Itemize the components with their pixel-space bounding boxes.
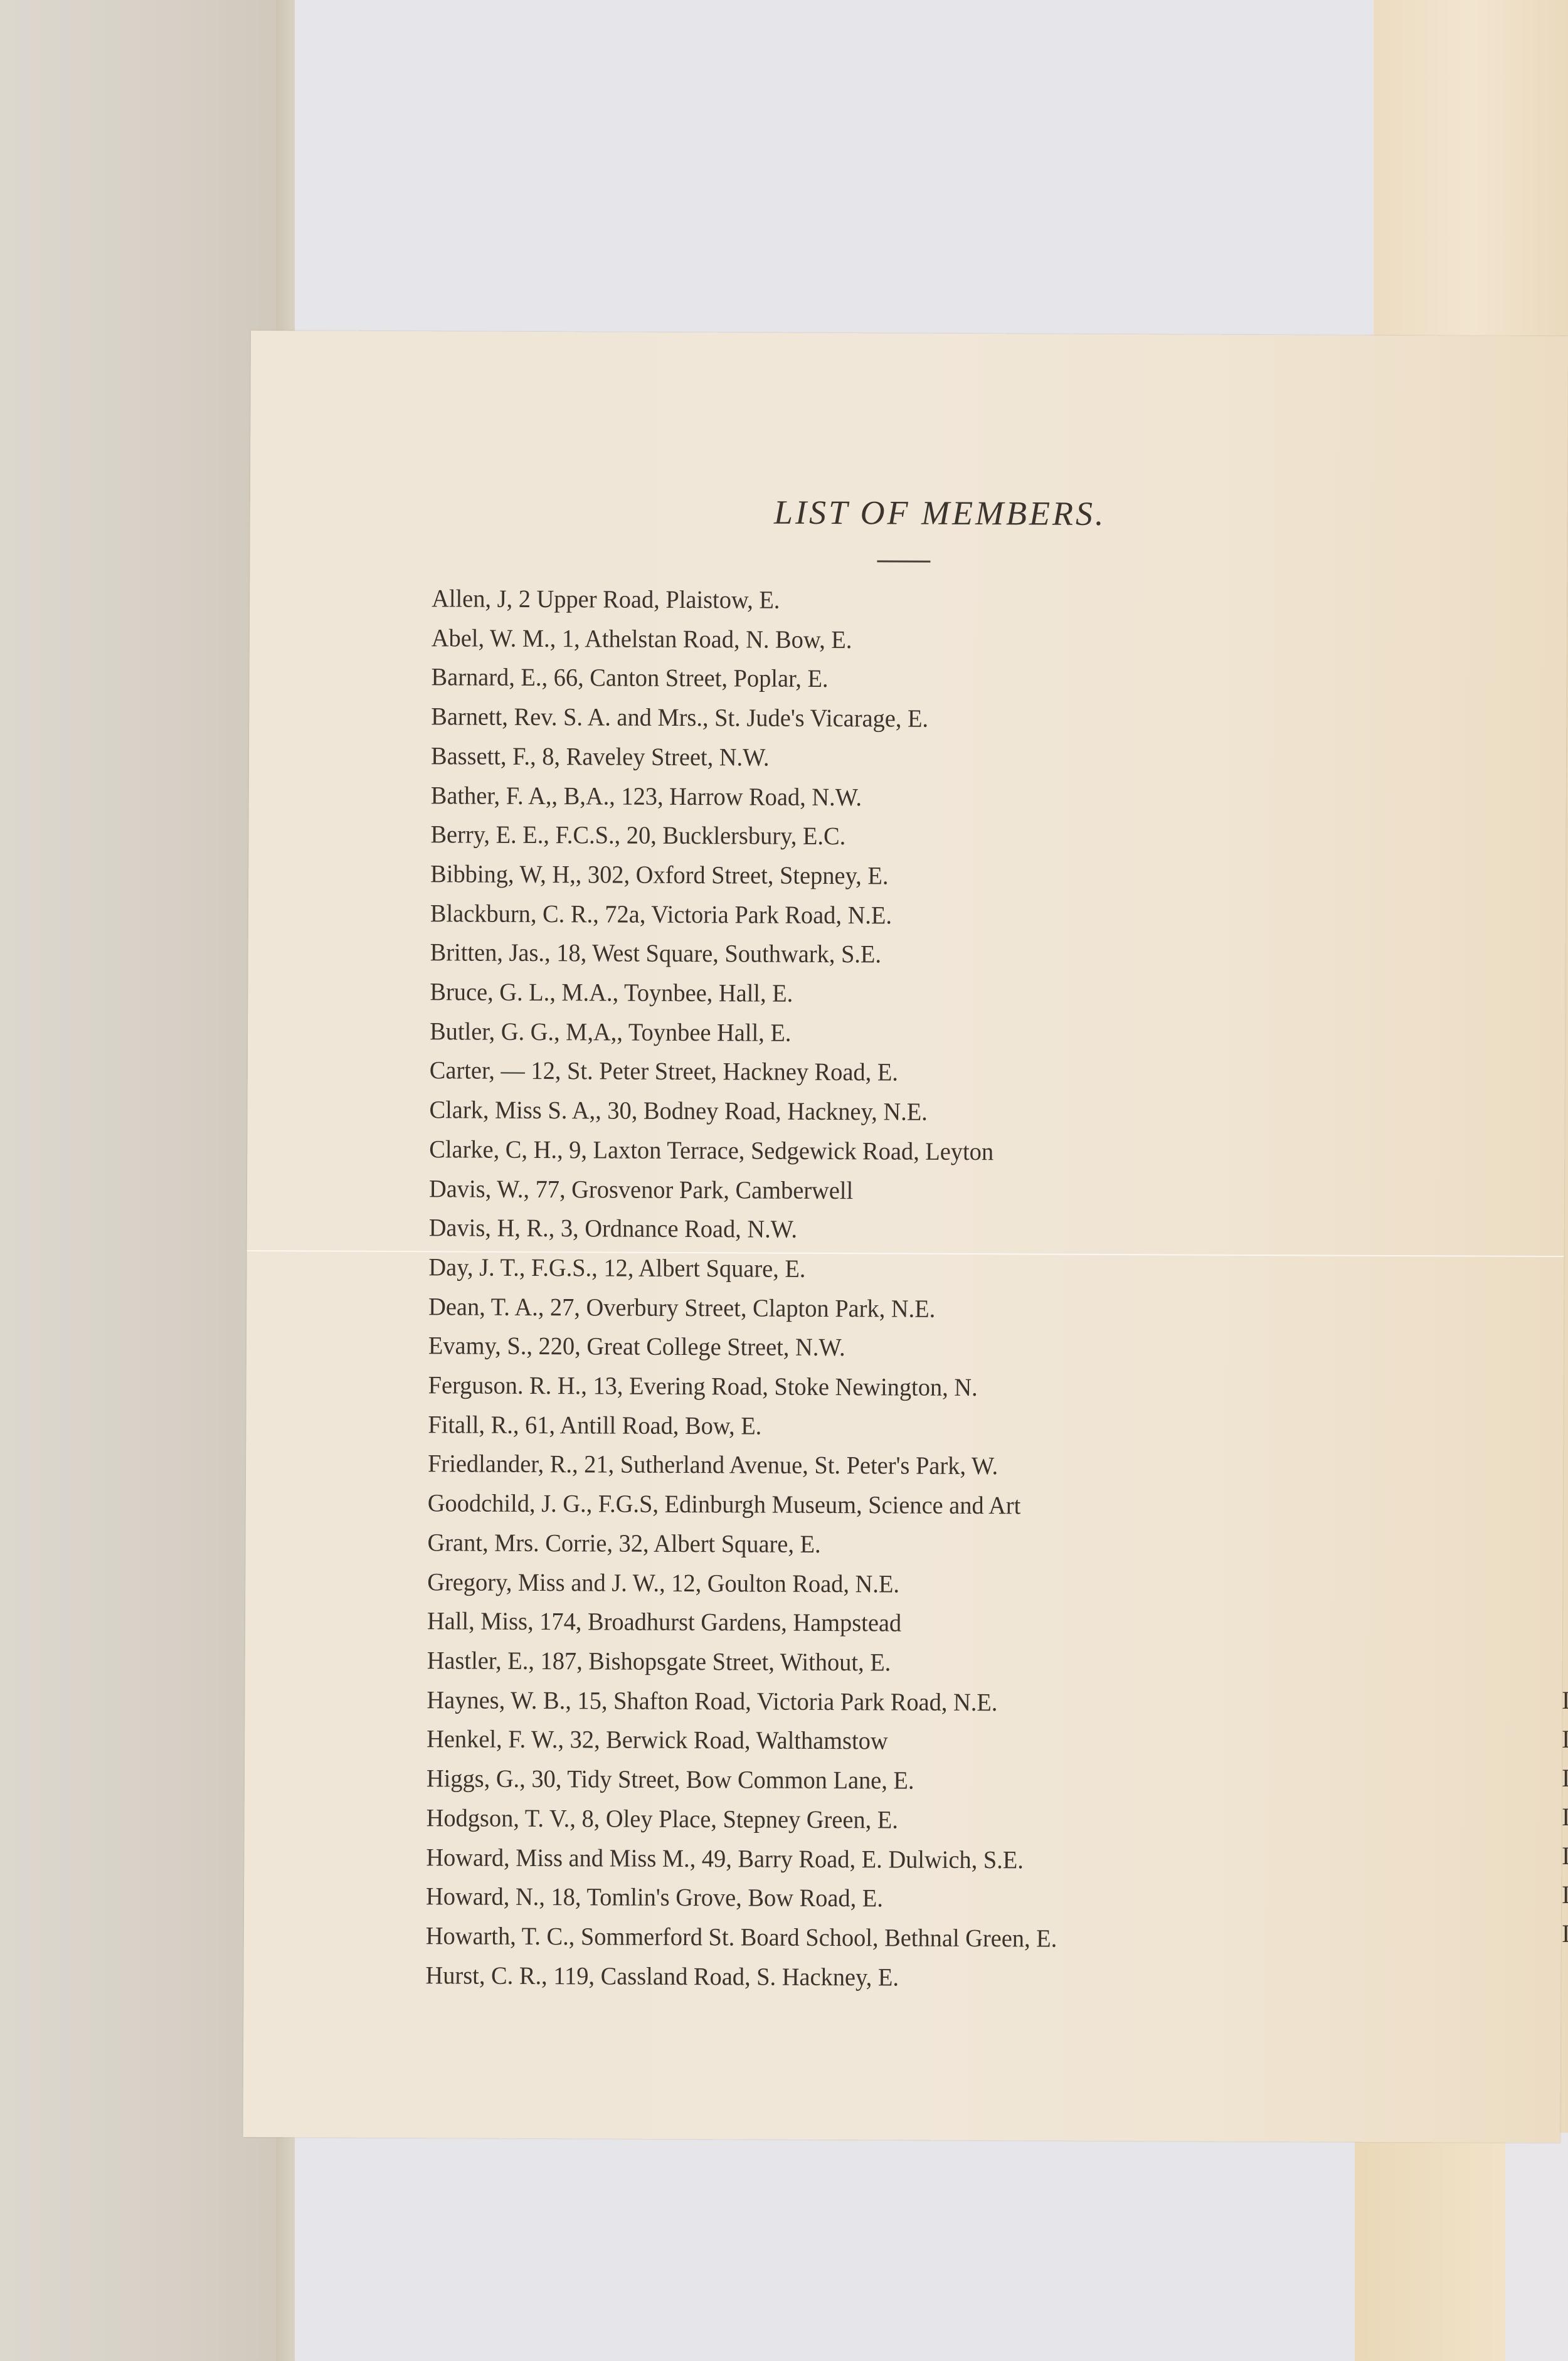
member-entry: Howard, N., 18, Tomlin's Grove, Bow Road…: [426, 1877, 1057, 1919]
member-entry: Davis, W., 77, Grosvenor Park, Camberwel…: [429, 1169, 1061, 1211]
members-list: Allen, J, 2 Upper Road, Plaistow, E. Abe…: [425, 579, 1089, 1998]
margin-letter: I: [1562, 1798, 1568, 1837]
right-sheet-margin-letters: I I I I I I I: [1562, 1681, 1568, 1953]
member-entry: Davis, H, R., 3, Ordnance Road, N.W.: [429, 1209, 1061, 1251]
left-tissue-sheet: [0, 0, 285, 2361]
member-entry: Haynes, W. B., 15, Shafton Road, Victori…: [426, 1680, 1058, 1722]
member-entry: Abel, W. M., 1, Athelstan Road, N. Bow, …: [432, 618, 1063, 661]
member-entry: Henkel, F. W., 32, Berwick Road, Waltham…: [426, 1720, 1058, 1762]
right-backing-strip: [1505, 2133, 1568, 2361]
member-entry: Clarke, C, H., 9, Laxton Terrace, Sedgew…: [429, 1130, 1061, 1172]
member-entry: Britten, Jas., 18, West Square, Southwar…: [430, 933, 1062, 975]
member-entry: Fitall, R., 61, Antill Road, Bow, E.: [428, 1405, 1059, 1447]
margin-letter: I: [1562, 1837, 1568, 1876]
member-entry: Friedlander, R., 21, Sutherland Avenue, …: [428, 1445, 1059, 1487]
margin-letter: I: [1562, 1720, 1568, 1759]
member-entry: Carter, — 12, St. Peter Street, Hackney …: [430, 1051, 1061, 1093]
margin-letter: I: [1562, 1681, 1568, 1720]
member-entry: Hall, Miss, 174, Broadhurst Gardens, Ham…: [427, 1602, 1059, 1644]
member-entry: Gregory, Miss and J. W., 12, Goulton Roa…: [427, 1563, 1059, 1605]
member-entry: Barnard, E., 66, Canton Street, Poplar, …: [431, 658, 1062, 700]
margin-letter: I: [1562, 1876, 1568, 1914]
right-lower-sheet: [1355, 2133, 1505, 2361]
member-entry: Evamy, S., 220, Great College Street, N.…: [428, 1327, 1060, 1369]
member-entry: Bather, F. A,, B,A., 123, Harrow Road, N…: [431, 776, 1062, 818]
member-entry: Howard, Miss and Miss M., 49, Barry Road…: [426, 1838, 1057, 1880]
member-entry: Dean, T. A., 27, Overbury Street, Clapto…: [428, 1287, 1060, 1329]
member-entry: Blackburn, C. R., 72a, Victoria Park Roa…: [430, 894, 1062, 936]
member-entry: Grant, Mrs. Corrie, 32, Albert Square, E…: [427, 1523, 1059, 1565]
member-entry: Bruce, G. L., M.A., Toynbee, Hall, E.: [430, 972, 1061, 1014]
document-page: LIST OF MEMBERS. Allen, J, 2 Upper Road,…: [243, 331, 1568, 2143]
member-entry: Berry, E. E., F.C.S., 20, Bucklersbury, …: [430, 815, 1062, 857]
member-entry: Ferguson. R. H., 13, Evering Road, Stoke…: [428, 1366, 1060, 1408]
page-title: LIST OF MEMBERS.: [250, 491, 1567, 535]
member-entry: Bibbing, W, H,, 302, Oxford Street, Step…: [430, 854, 1062, 896]
member-entry: Day, J. T., F.G.S., 12, Albert Square, E…: [428, 1248, 1060, 1290]
member-entry: Allen, J, 2 Upper Road, Plaistow, E.: [432, 579, 1063, 621]
member-entry: Clark, Miss S. A,, 30, Bodney Road, Hack…: [429, 1090, 1061, 1132]
title-rule: [877, 560, 930, 562]
margin-letter: I: [1562, 1914, 1568, 1953]
margin-letter: I: [1562, 1759, 1568, 1798]
member-entry: Higgs, G., 30, Tidy Street, Bow Common L…: [426, 1759, 1058, 1801]
member-entry: Barnett, Rev. S. A. and Mrs., St. Jude's…: [431, 697, 1062, 739]
member-entry: Hurst, C. R., 119, Cassland Road, S. Hac…: [425, 1956, 1057, 1998]
member-entry: Goodchild, J. G., F.G.S, Edinburgh Museu…: [428, 1483, 1059, 1525]
member-entry: Hodgson, T. V., 8, Oley Place, Stepney G…: [426, 1798, 1058, 1840]
member-entry: Bassett, F., 8, Raveley Street, N.W.: [431, 736, 1062, 778]
member-entry: Hastler, E., 187, Bishopsgate Street, Wi…: [427, 1641, 1059, 1683]
member-entry: Howarth, T. C., Sommerford St. Board Sch…: [426, 1916, 1057, 1958]
member-entry: Butler, G. G., M,A,, Toynbee Hall, E.: [430, 1012, 1061, 1054]
